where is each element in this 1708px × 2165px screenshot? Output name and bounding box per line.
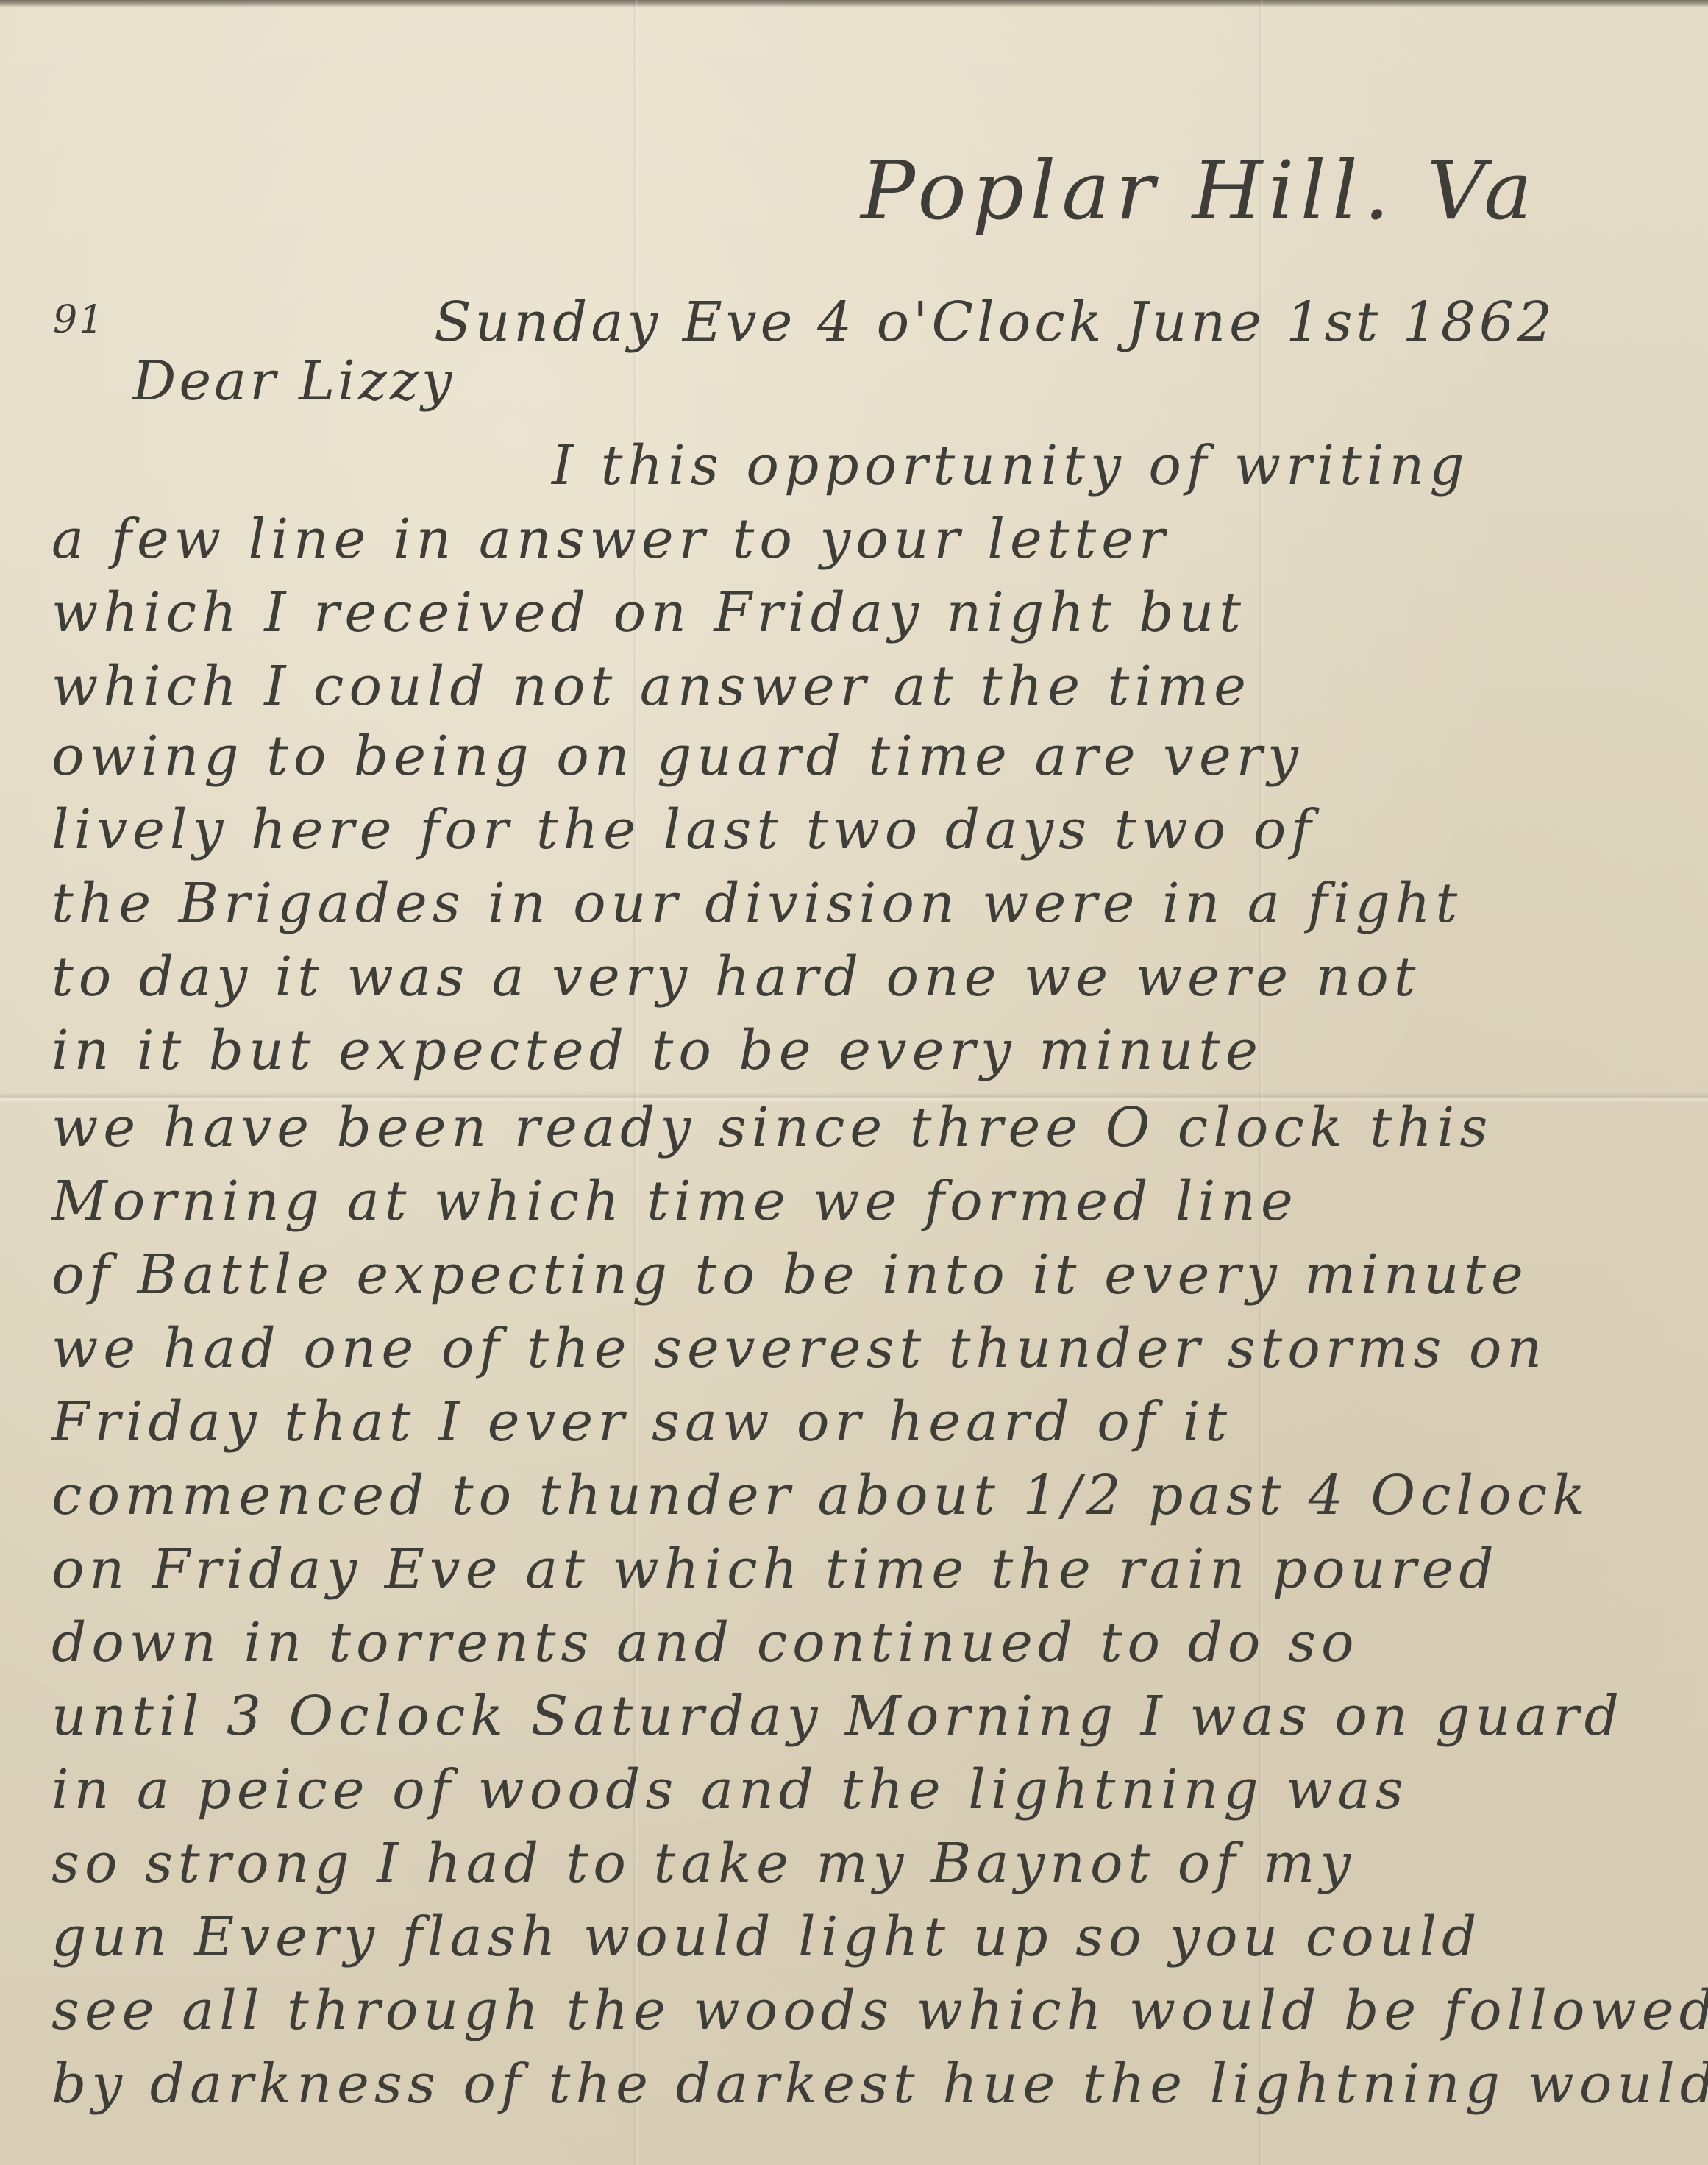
letter-line: see all through the woods which would be… xyxy=(51,1979,1708,2042)
letter-line: by darkness of the darkest hue the light… xyxy=(51,2052,1708,2116)
paper-top-edge xyxy=(0,0,1708,7)
letter-page: Poplar Hill. Va 91 Sunday Eve 4 o'Clock … xyxy=(0,0,1708,2165)
letter-line: a few line in answer to your letter xyxy=(51,508,1170,571)
letter-line: commenced to thunder about 1/2 past 4 Oc… xyxy=(51,1464,1590,1527)
letter-line: in it but expected to be every minute xyxy=(51,1019,1263,1082)
letter-line: Friday that I ever saw or heard of it xyxy=(51,1390,1232,1454)
letter-line: the Brigades in our division were in a f… xyxy=(51,872,1462,935)
letter-line: in a peice of woods and the lightning wa… xyxy=(51,1758,1409,1821)
letter-line: owing to being on guard time are very xyxy=(51,725,1303,788)
letter-line: until 3 Oclock Saturday Morning I was on… xyxy=(51,1685,1624,1748)
letter-line: Morning at which time we formed line xyxy=(51,1170,1298,1233)
letter-line: of Battle expecting to be into it every … xyxy=(51,1243,1529,1307)
letter-greeting: Dear Lizzy xyxy=(132,349,455,413)
letter-line: which I received on Friday night but xyxy=(51,581,1246,644)
page-number: 91 xyxy=(53,298,104,342)
letter-line: so strong I had to take my Baynot of my xyxy=(51,1832,1356,1895)
letter-line: we have been ready since three O clock t… xyxy=(51,1096,1492,1159)
letter-place: Poplar Hill. Va xyxy=(861,143,1538,238)
letter-line: on Friday Eve at which time the rain pou… xyxy=(51,1537,1499,1601)
letter-line: I this opportunity of writing xyxy=(552,434,1470,497)
letter-dateline: Sunday Eve 4 o'Clock June 1st 1862 xyxy=(434,291,1556,354)
letter-line: which I could not answer at the time xyxy=(51,655,1251,718)
letter-line: we had one of the severest thunder storm… xyxy=(51,1317,1547,1380)
letter-line: lively here for the last two days two of xyxy=(51,798,1317,861)
letter-line: to day it was a very hard one we were no… xyxy=(51,945,1420,1009)
letter-line: down in torrents and continued to do so xyxy=(51,1611,1359,1674)
letter-line: gun Every flash would light up so you co… xyxy=(51,1905,1481,1969)
